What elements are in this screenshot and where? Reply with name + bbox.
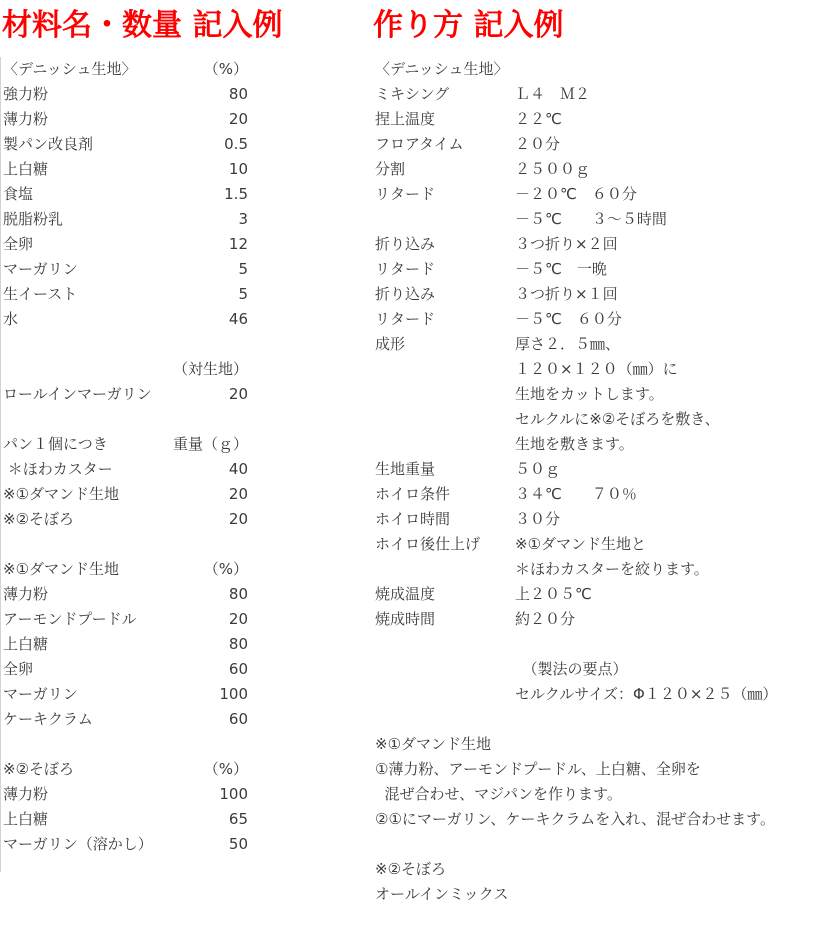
recipe-row: 薄力粉20 bbox=[3, 107, 248, 132]
recipe-row: ※①ダマンド生地（%） bbox=[3, 557, 248, 582]
recipe-row: 生地を敷きます。 bbox=[375, 432, 823, 457]
recipe-row: パン１個につき重量（ｇ） bbox=[3, 432, 248, 457]
note-row: ※①ダマンド生地 bbox=[375, 732, 823, 757]
item-value: 厚さ２．５㎜、 bbox=[515, 332, 823, 357]
recipe-row: ケーキクラム60 bbox=[3, 707, 248, 732]
recipe-row: リタード－５℃ ６０分 bbox=[375, 307, 823, 332]
item-label: 成形 bbox=[375, 332, 515, 357]
recipe-row: アーモンドプードル20 bbox=[3, 607, 248, 632]
recipe-row: －５℃ ３～５時間 bbox=[375, 207, 823, 232]
note-row bbox=[375, 832, 823, 857]
item-value: －２０℃ ６０分 bbox=[515, 182, 823, 207]
item-value: （製法の要点） bbox=[515, 657, 823, 682]
item-label: 水 bbox=[3, 307, 229, 332]
recipe-row: （製法の要点） bbox=[375, 657, 823, 682]
item-value: ２２℃ bbox=[515, 107, 823, 132]
recipe-row: マーガリン100 bbox=[3, 682, 248, 707]
item-label: 上白糖 bbox=[3, 632, 229, 657]
recipe-row: セルクルサイズ：Φ１２０×２５（㎜） bbox=[375, 682, 823, 707]
item-value: 約２０分 bbox=[515, 607, 823, 632]
item-label: 生地重量 bbox=[375, 457, 515, 482]
recipe-row: １２０×１２０（㎜）に bbox=[375, 357, 823, 382]
item-label: 薄力粉 bbox=[3, 582, 229, 607]
item-value: 60 bbox=[229, 707, 248, 732]
item-value: －５℃ ３～５時間 bbox=[515, 207, 823, 232]
recipe-row: 上白糖10 bbox=[3, 157, 248, 182]
item-label: 全卵 bbox=[3, 232, 229, 257]
method-column: 〈デニッシュ生地〉ミキシングＬ４ Ｍ２捏上温度２２℃フロアタイム２０分分割２５０… bbox=[375, 57, 823, 907]
item-label: 全卵 bbox=[3, 657, 229, 682]
ingredients-column: 〈デニッシュ生地〉（%）強力粉80薄力粉20製パン改良剤0.5上白糖10食塩1.… bbox=[3, 57, 248, 857]
item-label: 薄力粉 bbox=[3, 107, 229, 132]
item-label: ミキシング bbox=[375, 82, 515, 107]
recipe-row: ※①ダマンド生地20 bbox=[3, 482, 248, 507]
item-label: ホイロ条件 bbox=[375, 482, 515, 507]
item-value: ３つ折り×１回 bbox=[515, 282, 823, 307]
item-value: 5 bbox=[238, 257, 248, 282]
item-label: ※②そぼろ bbox=[3, 507, 229, 532]
item-label: 折り込み bbox=[375, 282, 515, 307]
item-value: 20 bbox=[229, 507, 248, 532]
item-label: リタード bbox=[375, 182, 515, 207]
recipe-row: 焼成温度上２０５℃ bbox=[375, 582, 823, 607]
recipe-row: ホイロ後仕上げ※①ダマンド生地と bbox=[375, 532, 823, 557]
item-label: 脱脂粉乳 bbox=[3, 207, 238, 232]
note-text: ①薄力粉、アーモンドプードル、上白糖、全卵を bbox=[375, 757, 701, 782]
recipe-row: ロールインマーガリン20 bbox=[3, 382, 248, 407]
item-label: ケーキクラム bbox=[3, 707, 229, 732]
note-row: ①薄力粉、アーモンドプードル、上白糖、全卵を bbox=[375, 757, 823, 782]
recipe-row: セルクルに※②そぼろを敷き、 bbox=[375, 407, 823, 432]
item-label: 〈デニッシュ生地〉 bbox=[375, 57, 515, 82]
note-text: ※②そぼろ bbox=[375, 857, 446, 882]
item-value: 上２０５℃ bbox=[515, 582, 823, 607]
note-row bbox=[375, 632, 823, 657]
item-value: セルクルに※②そぼろを敷き、 bbox=[515, 407, 823, 432]
item-label: 焼成時間 bbox=[375, 607, 515, 632]
item-label: 捏上温度 bbox=[375, 107, 515, 132]
item-value: 60 bbox=[229, 657, 248, 682]
item-value: 10 bbox=[229, 157, 248, 182]
item-value: 80 bbox=[229, 582, 248, 607]
recipe-row: 成形厚さ２．５㎜、 bbox=[375, 332, 823, 357]
item-value: －５℃ ６０分 bbox=[515, 307, 823, 332]
item-label: 強力粉 bbox=[3, 82, 229, 107]
recipe-row: マーガリン（溶かし）50 bbox=[3, 832, 248, 857]
item-value: 生地を敷きます。 bbox=[515, 432, 823, 457]
recipe-document: 材料名・数量 記入例 作り方 記入例 〈デニッシュ生地〉（%）強力粉80薄力粉2… bbox=[0, 0, 823, 928]
recipe-row: 折り込み３つ折り×２回 bbox=[375, 232, 823, 257]
note-text: ※①ダマンド生地 bbox=[375, 732, 491, 757]
item-value: 20 bbox=[229, 382, 248, 407]
item-value: 20 bbox=[229, 107, 248, 132]
recipe-row bbox=[3, 332, 248, 357]
item-label: 生イースト bbox=[3, 282, 238, 307]
recipe-row: 上白糖65 bbox=[3, 807, 248, 832]
item-value: 100 bbox=[219, 682, 248, 707]
recipe-row: 〈デニッシュ生地〉（%） bbox=[3, 57, 248, 82]
recipe-row: リタード－２０℃ ６０分 bbox=[375, 182, 823, 207]
item-value: 65 bbox=[229, 807, 248, 832]
recipe-row: 捏上温度２２℃ bbox=[375, 107, 823, 132]
item-value: ２５００ｇ bbox=[515, 157, 823, 182]
item-value: 80 bbox=[229, 632, 248, 657]
item-value: 生地をカットします。 bbox=[515, 382, 823, 407]
item-value: 0.5 bbox=[224, 132, 248, 157]
item-value: ※①ダマンド生地と bbox=[515, 532, 823, 557]
item-label: ホイロ後仕上げ bbox=[375, 532, 515, 557]
item-value: －５℃ 一晩 bbox=[515, 257, 823, 282]
note-text: ②①にマーガリン、ケーキクラムを入れ、混ぜ合わせます。 bbox=[375, 807, 775, 832]
recipe-row: 製パン改良剤0.5 bbox=[3, 132, 248, 157]
item-label: ※②そぼろ bbox=[3, 757, 204, 782]
item-value: 46 bbox=[229, 307, 248, 332]
recipe-row: ※②そぼろ（%） bbox=[3, 757, 248, 782]
recipe-row: 全卵12 bbox=[3, 232, 248, 257]
recipe-row: 脱脂粉乳3 bbox=[3, 207, 248, 232]
recipe-row: 焼成時間約２０分 bbox=[375, 607, 823, 632]
note-row: ②①にマーガリン、ケーキクラムを入れ、混ぜ合わせます。 bbox=[375, 807, 823, 832]
note-row bbox=[375, 707, 823, 732]
item-value: １２０×１２０（㎜）に bbox=[515, 357, 823, 382]
item-value: ＊ほわカスターを絞ります。 bbox=[515, 557, 823, 582]
recipe-row: 〈デニッシュ生地〉 bbox=[375, 57, 823, 82]
item-label: 〈デニッシュ生地〉 bbox=[3, 57, 204, 82]
item-value: ２０分 bbox=[515, 132, 823, 157]
recipe-row: 全卵60 bbox=[3, 657, 248, 682]
recipe-row: 生地重量５０ｇ bbox=[375, 457, 823, 482]
recipe-row: 分割２５００ｇ bbox=[375, 157, 823, 182]
item-label: リタード bbox=[375, 307, 515, 332]
note-row: オールインミックス bbox=[375, 882, 823, 907]
item-value: ３つ折り×２回 bbox=[515, 232, 823, 257]
recipe-row: マーガリン5 bbox=[3, 257, 248, 282]
item-value: 40 bbox=[229, 457, 248, 482]
item-label: 折り込み bbox=[375, 232, 515, 257]
item-label: 上白糖 bbox=[3, 807, 229, 832]
item-value: ５０ｇ bbox=[515, 457, 823, 482]
recipe-row bbox=[3, 732, 248, 757]
recipe-row: 食塩1.5 bbox=[3, 182, 248, 207]
item-value: 20 bbox=[229, 482, 248, 507]
item-value: 12 bbox=[229, 232, 248, 257]
recipe-row: 生地をカットします。 bbox=[375, 382, 823, 407]
recipe-row: 薄力粉100 bbox=[3, 782, 248, 807]
item-label: 分割 bbox=[375, 157, 515, 182]
left-cell-border-line bbox=[0, 57, 1, 872]
item-value: （%） bbox=[204, 57, 248, 82]
recipe-row: 強力粉80 bbox=[3, 82, 248, 107]
note-text: オールインミックス bbox=[375, 882, 509, 907]
note-row: 混ぜ合わせ、マジパンを作ります。 bbox=[375, 782, 823, 807]
item-value: 重量（ｇ） bbox=[173, 432, 248, 457]
item-label: 薄力粉 bbox=[3, 782, 219, 807]
item-value: （%） bbox=[204, 757, 248, 782]
item-value: 100 bbox=[219, 782, 248, 807]
recipe-row: 上白糖80 bbox=[3, 632, 248, 657]
recipe-row: ミキシングＬ４ Ｍ２ bbox=[375, 82, 823, 107]
item-label: ※①ダマンド生地 bbox=[3, 482, 229, 507]
item-value: 20 bbox=[229, 607, 248, 632]
item-value: セルクルサイズ：Φ１２０×２５（㎜） bbox=[515, 682, 823, 707]
item-value: 5 bbox=[238, 282, 248, 307]
item-value: ３０分 bbox=[515, 507, 823, 532]
item-label: マーガリン bbox=[3, 682, 219, 707]
recipe-row: 薄力粉80 bbox=[3, 582, 248, 607]
item-value: 3 bbox=[238, 207, 248, 232]
recipe-row: フロアタイム２０分 bbox=[375, 132, 823, 157]
item-label: アーモンドプードル bbox=[3, 607, 229, 632]
item-label: 食塩 bbox=[3, 182, 224, 207]
item-value: （対生地） bbox=[173, 357, 248, 382]
item-label: 製パン改良剤 bbox=[3, 132, 224, 157]
item-value: 80 bbox=[229, 82, 248, 107]
item-label: パン１個につき bbox=[3, 432, 173, 457]
item-value: ３４℃ ７０％ bbox=[515, 482, 823, 507]
recipe-row: ホイロ条件３４℃ ７０％ bbox=[375, 482, 823, 507]
item-label: マーガリン（溶かし） bbox=[3, 832, 229, 857]
recipe-row: 水46 bbox=[3, 307, 248, 332]
recipe-row: ※②そぼろ20 bbox=[3, 507, 248, 532]
item-value: （%） bbox=[204, 557, 248, 582]
recipe-row bbox=[3, 407, 248, 432]
recipe-row: （対生地） bbox=[3, 357, 248, 382]
recipe-row bbox=[3, 532, 248, 557]
item-label: ＊ほわカスター bbox=[3, 457, 229, 482]
note-row: ※②そぼろ bbox=[375, 857, 823, 882]
item-label: 上白糖 bbox=[3, 157, 229, 182]
recipe-row: ＊ほわカスターを絞ります。 bbox=[375, 557, 823, 582]
recipe-row: ＊ほわカスター40 bbox=[3, 457, 248, 482]
item-value: 50 bbox=[229, 832, 248, 857]
note-text: 混ぜ合わせ、マジパンを作ります。 bbox=[375, 782, 622, 807]
item-label: マーガリン bbox=[3, 257, 238, 282]
item-label: 焼成温度 bbox=[375, 582, 515, 607]
ingredients-title: 材料名・数量 記入例 bbox=[2, 7, 282, 45]
item-value: Ｌ４ Ｍ２ bbox=[515, 82, 823, 107]
item-label: リタード bbox=[375, 257, 515, 282]
recipe-row: ホイロ時間３０分 bbox=[375, 507, 823, 532]
item-value: 1.5 bbox=[224, 182, 248, 207]
recipe-row: 折り込み３つ折り×１回 bbox=[375, 282, 823, 307]
recipe-row: 生イースト5 bbox=[3, 282, 248, 307]
recipe-row: リタード－５℃ 一晩 bbox=[375, 257, 823, 282]
method-title: 作り方 記入例 bbox=[373, 7, 563, 45]
item-label: ※①ダマンド生地 bbox=[3, 557, 204, 582]
item-label: フロアタイム bbox=[375, 132, 515, 157]
item-label: ホイロ時間 bbox=[375, 507, 515, 532]
item-label: ロールインマーガリン bbox=[3, 382, 229, 407]
